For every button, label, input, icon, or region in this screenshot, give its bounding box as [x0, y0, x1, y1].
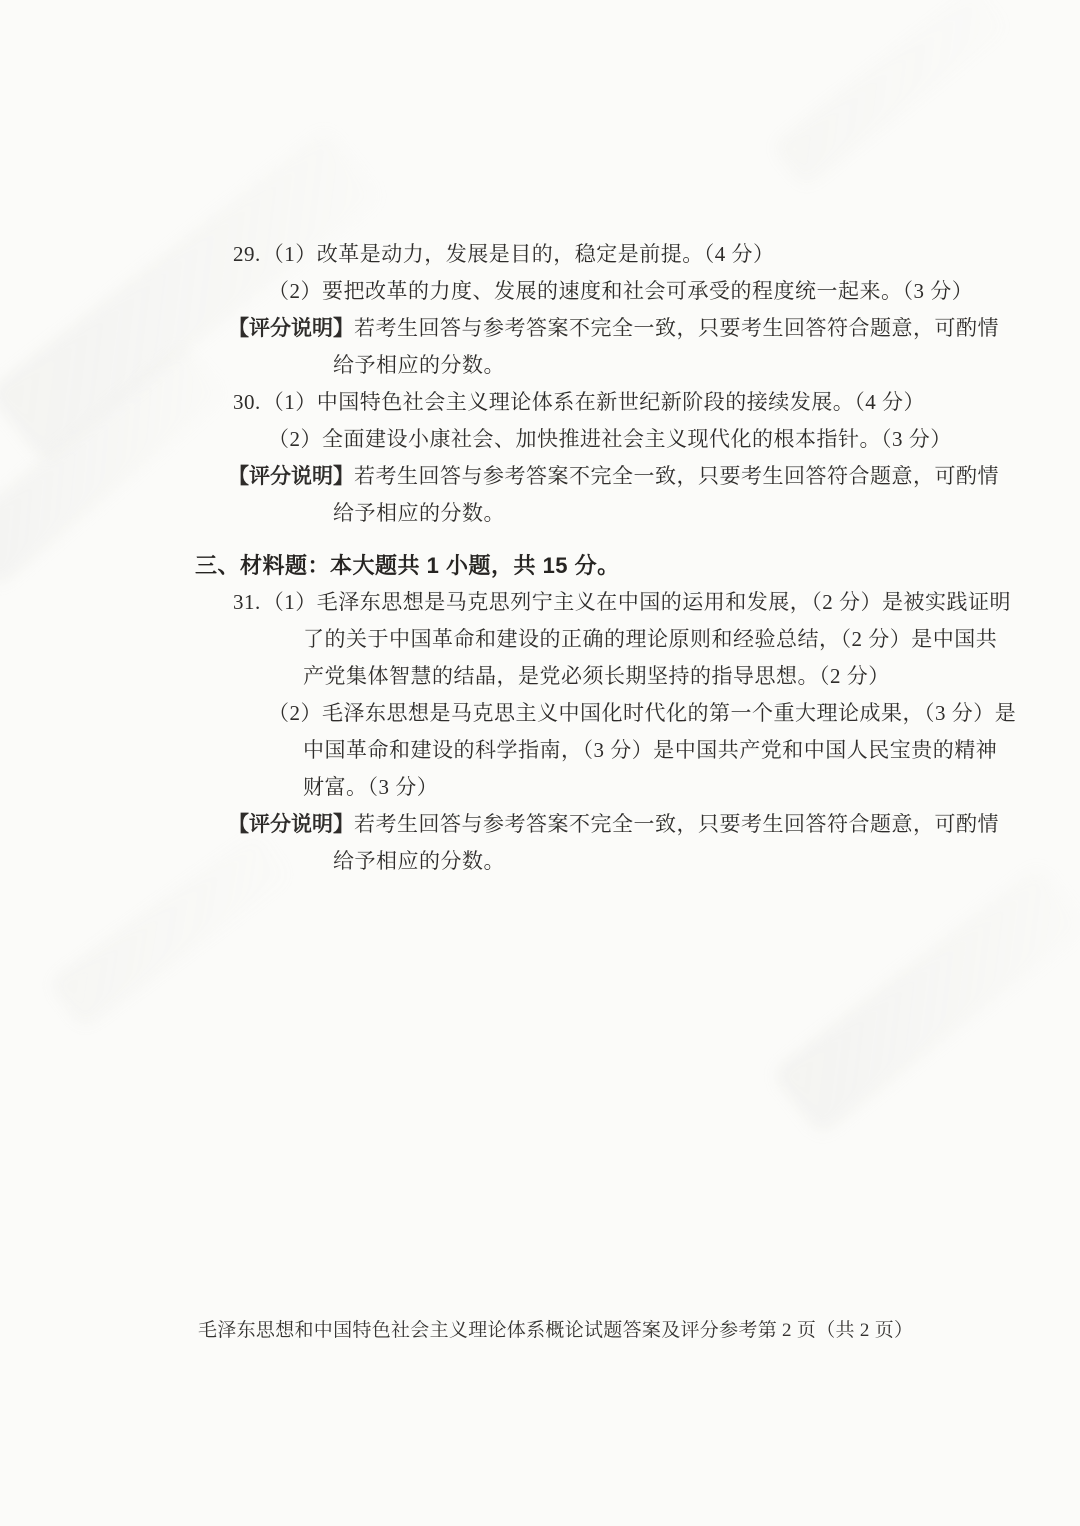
answer-31-part1-line3-text: 产党集体智慧的结晶，是党必须长期坚持的指导思想。（2 分） [303, 664, 890, 688]
scoring-note-label: 【评分说明】 [228, 813, 354, 836]
scoring-note-30-cont-text: 给予相应的分数。 [333, 501, 505, 525]
scan-artifact [771, 0, 1010, 189]
scoring-note-29-cont-text: 给予相应的分数。 [333, 353, 505, 377]
scoring-note-31-text: 若考生回答与参考答案不完全一致，只要考生回答符合题意，可酌情 [354, 812, 999, 836]
answer-31-part2-line3: 财富。（3 分） [0, 769, 1080, 806]
scoring-note-label: 【评分说明】 [228, 317, 354, 340]
scoring-note-29: 【评分说明】若考生回答与参考答案不完全一致，只要考生回答符合题意，可酌情 [0, 310, 1080, 347]
page-footer-text: 毛泽东思想和中国特色社会主义理论体系概论试题答案及评分参考第 2 页（共 2 页… [198, 1320, 913, 1341]
answer-29-part2: （2）要把改革的力度、发展的速度和社会可承受的程度统一起来。（3 分） [0, 273, 1080, 310]
answer-31-part1-line1-text: （1）毛泽东思想是马克思列宁主义在中国的运用和发展，（2 分）是被实践证明 [263, 590, 1011, 614]
scoring-note-31-continuation: 给予相应的分数。 [0, 843, 1080, 880]
answer-31-part1-line2-text: 了的关于中国革命和建设的正确的理论原则和经验总结，（2 分）是中国共 [303, 627, 997, 651]
answer-31-part2-line2-text: 中国革命和建设的科学指南，（3 分）是中国共产党和中国人民宝贵的精神 [303, 738, 997, 762]
question-31-number: 31. [233, 590, 261, 614]
scoring-note-30-text: 若考生回答与参考答案不完全一致，只要考生回答符合题意，可酌情 [354, 464, 999, 488]
scoring-note-30-continuation: 给予相应的分数。 [0, 495, 1080, 532]
question-29-number: 29. [233, 242, 261, 266]
scoring-note-30: 【评分说明】若考生回答与参考答案不完全一致，只要考生回答符合题意，可酌情 [0, 458, 1080, 495]
answer-31-part2-line1: （2）毛泽东思想是马克思主义中国化时代化的第一个重大理论成果，（3 分）是 [0, 695, 1080, 732]
scoring-note-29-continuation: 给予相应的分数。 [0, 347, 1080, 384]
answer-31-part2-line1-text: （2）毛泽东思想是马克思主义中国化时代化的第一个重大理论成果，（3 分）是 [268, 701, 1016, 725]
section-3-header: 三、材料题：本大题共 1 小题，共 15 分。 [0, 547, 1080, 584]
answer-31-part1-line3: 产党集体智慧的结晶，是党必须长期坚持的指导思想。（2 分） [0, 658, 1080, 695]
answer-29-part2-text: （2）要把改革的力度、发展的速度和社会可承受的程度统一起来。（3 分） [268, 279, 973, 303]
section-3-header-text: 三、材料题：本大题共 1 小题，共 15 分。 [195, 553, 620, 578]
answer-30-part1-text: （1）中国特色社会主义理论体系在新世纪新阶段的接续发展。（4 分） [263, 390, 925, 414]
scoring-note-31: 【评分说明】若考生回答与参考答案不完全一致，只要考生回答符合题意，可酌情 [0, 806, 1080, 843]
scanned-exam-answer-page: 29.（1）改革是动力，发展是目的，稳定是前提。（4 分） （2）要把改革的力度… [0, 0, 1080, 1526]
answer-31-part1-line1: 31.（1）毛泽东思想是马克思列宁主义在中国的运用和发展，（2 分）是被实践证明 [0, 584, 1080, 621]
scoring-note-29-text: 若考生回答与参考答案不完全一致，只要考生回答符合题意，可酌情 [354, 316, 999, 340]
scoring-note-label: 【评分说明】 [228, 465, 354, 488]
question-30-number: 30. [233, 390, 261, 414]
answer-29-part1: 29.（1）改革是动力，发展是目的，稳定是前提。（4 分） [0, 236, 1080, 273]
answer-30-part2: （2）全面建设小康社会、加快推进社会主义现代化的根本指针。（3 分） [0, 421, 1080, 458]
scoring-note-31-cont-text: 给予相应的分数。 [333, 849, 505, 873]
page-footer: 毛泽东思想和中国特色社会主义理论体系概论试题答案及评分参考第 2 页（共 2 页… [198, 1312, 913, 1349]
answer-30-part2-text: （2）全面建设小康社会、加快推进社会主义现代化的根本指针。（3 分） [268, 427, 952, 451]
answer-31-part2-line2: 中国革命和建设的科学指南，（3 分）是中国共产党和中国人民宝贵的精神 [0, 732, 1080, 769]
scan-artifact [771, 864, 1080, 1136]
answer-29-part1-text: （1）改革是动力，发展是目的，稳定是前提。（4 分） [263, 242, 775, 266]
answer-30-part1: 30.（1）中国特色社会主义理论体系在新世纪新阶段的接续发展。（4 分） [0, 384, 1080, 421]
answer-31-part2-line3-text: 财富。（3 分） [303, 775, 438, 799]
answer-31-part1-line2: 了的关于中国革命和建设的正确的理论原则和经验总结，（2 分）是中国共 [0, 621, 1080, 658]
answer-sheet-content: 29.（1）改革是动力，发展是目的，稳定是前提。（4 分） （2）要把改革的力度… [0, 236, 1080, 880]
